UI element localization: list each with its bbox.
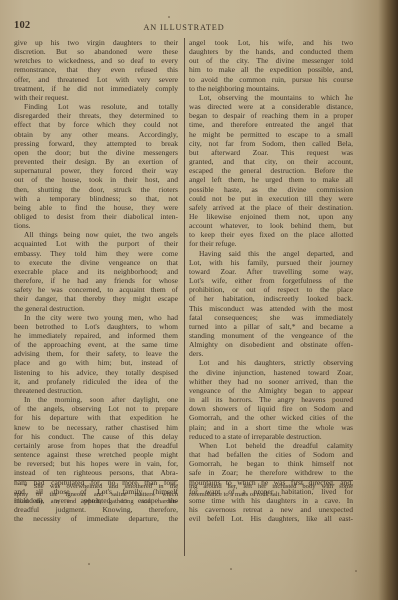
text-line: open the door; but the divine messengers: [14, 148, 178, 157]
paper-speck: [345, 98, 347, 100]
text-line: treatment, if he did not immediately com…: [14, 84, 178, 93]
footnote-line: resemblance to a mass of rock salt.: [189, 491, 353, 499]
text-line: to the neighboring mountains.: [189, 84, 353, 93]
footnote-line: * She was overwhelmed and smothered in t…: [14, 483, 178, 491]
text-line: Finding Lot was resolute, and totally: [14, 102, 178, 111]
text-line: supernatural power, they forced their wa…: [14, 166, 178, 175]
footnote-line: filled the air; and which, gathering and…: [14, 498, 178, 506]
text-line: In the morning, soon after daylight, one: [14, 395, 178, 404]
text-line: whither they had no sooner arrived, than…: [189, 377, 353, 386]
text-line: Lot, observing the mountains to which he: [189, 93, 353, 102]
text-line: obtain by any other means. Accordingly,: [14, 130, 178, 139]
right-column: angel took Lot, his wife, and his twodau…: [189, 38, 353, 523]
paper-speck: [345, 94, 347, 96]
text-line: therefore, if he had any friends for who…: [14, 276, 178, 285]
text-line: to keep their eyes fixed on the place al…: [189, 230, 353, 239]
text-line: he immediately repaired, and informed th…: [14, 331, 178, 340]
text-line: out of the house, took in their host, an…: [14, 175, 178, 184]
footnote-left: * She was overwhelmed and smothered in t…: [14, 483, 178, 506]
paper-speck: [355, 570, 357, 572]
text-line: certainly arose from hopes that the drea…: [14, 441, 178, 450]
text-line: toward Zoar. After travelling some way,: [189, 267, 353, 276]
text-line: been betrothed to Lot's daughters, to wh…: [14, 322, 178, 331]
text-line: with their request.: [14, 93, 178, 102]
text-line: city, not far from Sodom, then called Be…: [189, 139, 353, 148]
footnote-rule-right: [189, 480, 353, 481]
text-line: prevented their design. By an exertion o…: [14, 157, 178, 166]
paper-speck: [168, 16, 170, 18]
page-header: 102 AN ILLUSTRATED: [14, 20, 354, 34]
text-line: for his conduct. The cause of this delay: [14, 432, 178, 441]
text-line: disregarded their threats, they determin…: [14, 111, 178, 120]
text-line: their danger, that thereby they might es…: [14, 294, 178, 303]
text-line: prohibition, or out of respect to the pl…: [189, 285, 353, 294]
text-line: He likewise enjoined them not, upon any: [189, 212, 353, 221]
text-line: he might be permitted to escape to a sma…: [189, 130, 353, 139]
text-line: down showers of liquid fire on Sodom and: [189, 404, 353, 413]
text-line: Lot and his daughters, strictly observin…: [189, 358, 353, 367]
text-line: out of the city. The divine messenger to…: [189, 56, 353, 65]
footnote-line: spray of the igneous and saline matters …: [14, 491, 178, 499]
text-line: be reversed; but his hopes were in vain,…: [14, 459, 178, 468]
text-line: the necessity of immediate departure, th…: [14, 514, 178, 523]
left-column: give up his two virgin daughters to thei…: [14, 38, 178, 523]
text-line: reduced to a state of irreparable destru…: [189, 432, 353, 441]
text-line: acquainted Lot with the purport of their: [14, 239, 178, 248]
text-line: angel took Lot, his wife, and his two: [189, 38, 353, 47]
text-line: for his departure with that expedition h…: [14, 413, 178, 422]
text-line: plain; and in a short time the whole was: [189, 423, 353, 432]
text-line: offer, and threatened Lot with very seve…: [14, 75, 178, 84]
text-line: wretches to wickedness, and so deaf to e…: [14, 56, 178, 65]
text-line: began to despair of reaching them in a p…: [189, 111, 353, 120]
text-line: escaped the general destruction. Before …: [189, 166, 353, 175]
text-line: safety he was concerned, to acquaint the…: [14, 285, 178, 294]
text-line: threatened destruction.: [14, 386, 178, 395]
text-line: standing monument of the vengeance of th…: [189, 331, 353, 340]
text-line: to avoid the common ruin, pursue his cou…: [189, 75, 353, 84]
footnote-line: ing around her, left her incrusted body …: [189, 483, 353, 491]
text-line: that had befallen the cities of Sodom an…: [189, 450, 353, 459]
text-line: sentence against these wretched people m…: [14, 450, 178, 459]
text-line: instead of ten righteous persons, that A…: [14, 468, 178, 477]
column-divider: [184, 38, 185, 556]
text-line: angel left them, he urged them to make a…: [189, 175, 353, 184]
text-line: daughters by the hands, and conducted th…: [189, 47, 353, 56]
text-line: Gomorrah, and the other wicked cities of…: [189, 413, 353, 422]
text-line: embassy. They told him they were come: [14, 249, 178, 258]
text-line: Lot's wife, either from forgetfulness of…: [189, 276, 353, 285]
text-line: account whatever, to look behind them, b…: [189, 221, 353, 230]
text-line: pressing forward, they attempted to brea…: [14, 139, 178, 148]
text-line: turned into a pillar of salt,* and becam…: [189, 322, 353, 331]
text-line: the general destruction.: [14, 304, 178, 313]
text-line: of the approaching event, at the same ti…: [14, 340, 178, 349]
text-line: of her habitation, indiscreetly looked b…: [189, 294, 353, 303]
text-line: tions.: [14, 221, 178, 230]
text-line: safely arrived at the place of their des…: [189, 203, 353, 212]
text-line: give up his two virgin daughters to thei…: [14, 38, 178, 47]
text-line: in all its horrors. The angry heavens po…: [189, 395, 353, 404]
text-line: execrable place and its neighborhood; an…: [14, 267, 178, 276]
text-line: him to make all the expedition possible,…: [189, 65, 353, 74]
text-line: his cavernous retreat a new and unexpect…: [189, 505, 353, 514]
text-line: dreadful judgment. Knowing, therefore,: [14, 505, 178, 514]
text-line: but afterward Zoar. This request was: [189, 148, 353, 157]
text-line: could not be put in execution till they …: [189, 194, 353, 203]
text-line: Almighty on disobedient and obstinate of…: [189, 340, 353, 349]
text-line: granted, and that city, on their account…: [189, 157, 353, 166]
text-line: of the angels, observing Lot not to prep…: [14, 404, 178, 413]
text-line: for their refuge.: [189, 239, 353, 248]
text-line: In the city were two young men, who had: [14, 313, 178, 322]
text-line: discretion. But so abandoned were these: [14, 47, 178, 56]
text-line: All things being now quiet, the two ange…: [14, 230, 178, 239]
text-line: safe in Zoar; he therefore withdrew to t…: [189, 468, 353, 477]
footnote-rule-left: [14, 480, 178, 481]
paper-speck: [230, 568, 232, 570]
text-line: the divine injunction, hastened toward Z…: [189, 368, 353, 377]
text-line: then, shutting the door, struck the riot…: [14, 185, 178, 194]
text-line: to execute the divine vengeance on that: [14, 258, 178, 267]
text-line: Gomorrah, he began to think himself not: [189, 459, 353, 468]
text-line: obliged to desist from their diabolical …: [14, 212, 178, 221]
text-line: place and go with him; but, instead of: [14, 358, 178, 367]
text-line: with a temporary blindness; so that, not: [14, 194, 178, 203]
text-line: Lot, with his family, pursued their jour…: [189, 258, 353, 267]
text-line: Having said this the angel departed, and: [189, 249, 353, 258]
text-line: effect that by force which they could no…: [14, 120, 178, 129]
footnote-right: ing around her, left her incrusted body …: [189, 483, 353, 498]
text-line: ders.: [189, 349, 353, 358]
text-line: When Lot beheld the dreadful calamity: [189, 441, 353, 450]
text-line: listening to his advice, they totally de…: [14, 368, 178, 377]
text-line: being able to find the house, they were: [14, 203, 178, 212]
text-line: evil befell Lot. His daughters, like all…: [189, 514, 353, 523]
text-line: it, and profanely ridiculed the idea of …: [14, 377, 178, 386]
text-line: This misconduct was attended with the mo…: [189, 304, 353, 313]
text-line: remonstrance, that they even refused thi…: [14, 65, 178, 74]
text-line: knew to be necessary, rather chastised h…: [14, 423, 178, 432]
text-columns: give up his two virgin daughters to thei…: [14, 38, 353, 518]
text-line: advising them, for their safety, to leav…: [14, 349, 178, 358]
text-line: fatal consequences; she was immediately: [189, 313, 353, 322]
paper-speck: [88, 563, 90, 565]
running-head: AN ILLUSTRATED: [14, 23, 354, 32]
text-line: was directed were at a considerable dist…: [189, 102, 353, 111]
text-line: time, and therefore entreated the angel …: [189, 120, 353, 129]
text-line: vengeance of the Almighty began to appea…: [189, 386, 353, 395]
text-line: possible haste, as the divine commission: [189, 185, 353, 194]
